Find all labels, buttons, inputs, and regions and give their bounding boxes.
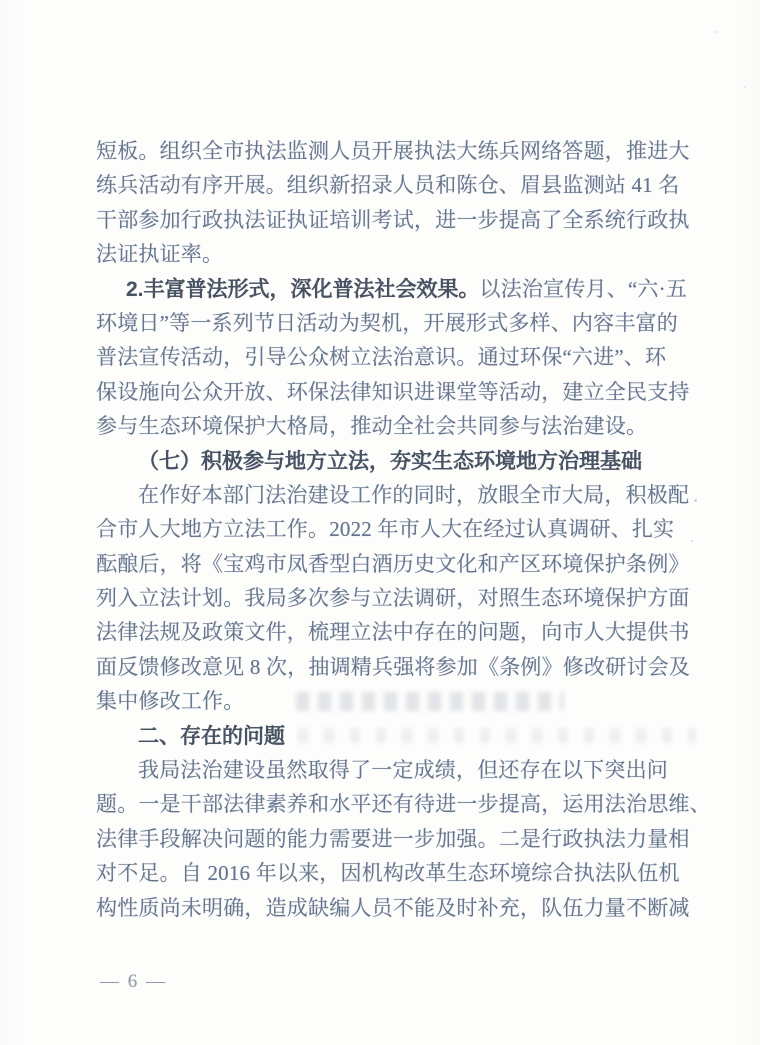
- body-run: 环境日”等一系列节日活动为契机，开展形式多样、内容丰富的: [96, 311, 678, 335]
- text-line: 参与生态环境保护大格局，推动全社会共同参与法治建设。: [96, 409, 684, 443]
- text-line: 保设施向公众开放、环保法律知识进课堂等活动，建立全民支持: [96, 375, 684, 409]
- body-run: 我局法治建设虽然取得了一定成绩，但还存在以下突出问: [138, 758, 668, 782]
- text-line: 短板。组织全市执法监测人员开展执法大练兵网络答题，推进大: [96, 134, 684, 168]
- paragraph-lead-line: 2.丰富普法形式，深化普法社会效果。以法治宣传月、“六·五: [96, 272, 684, 306]
- text-line: 对不足。自 2016 年以来，因机构改革生态环境综合执法队伍机: [96, 856, 684, 890]
- body-run: 以法治宣传月、“六·五: [480, 277, 688, 301]
- body-run: 合市人大地方立法工作。2022 年市人大在经过认真调研、扎实: [96, 517, 674, 541]
- text-line: 法证执证率。: [96, 237, 684, 271]
- page-number: — 6 —: [100, 968, 167, 996]
- text-line: 法律法规及政策文件，梳理立法中存在的问题，向市人大提供书: [96, 615, 684, 649]
- paragraph-lead-line: 在作好本部门法治建设工作的同时，放眼全市大局，积极配: [96, 478, 684, 512]
- text-line: 面反馈修改意见 8 次，抽调精兵强将参加《条例》修改研讨会及: [96, 650, 684, 684]
- text-line: 环境日”等一系列节日活动为契机，开展形式多样、内容丰富的: [96, 306, 684, 340]
- body-run: 构性质尚未明确，造成缺编人员不能及时补充，队伍力量不断减: [96, 896, 690, 920]
- body-run: 题。一是干部法律素养和水平还有待进一步提高，运用法治思维、: [96, 792, 711, 816]
- document-body: 短板。组织全市执法监测人员开展执法大练兵网络答题，推进大 练兵活动有序开展。组织…: [96, 134, 684, 925]
- text-line: 酝酿后，将《宝鸡市凤香型白酒历史文化和产区环境保护条例》: [96, 547, 684, 581]
- text-line: 构性质尚未明确，造成缺编人员不能及时补充，队伍力量不断减: [96, 891, 684, 925]
- scan-speck: [716, 31, 718, 33]
- text-line: 集中修改工作。: [96, 684, 684, 718]
- text-line: 普法宣传活动，引导公众树立法治意识。通过环保“六进”、环: [96, 340, 684, 374]
- body-run: 在作好本部门法治建设工作的同时，放眼全市大局，积极配: [138, 483, 689, 507]
- scan-speck: [691, 540, 693, 542]
- body-run: 集中修改工作。: [96, 689, 244, 713]
- text-line: 法律手段解决问题的能力需要进一步加强。二是行政执法力量相: [96, 822, 684, 856]
- body-run: 列入立法计划。我局多次参与立法调研，对照生态环境保护方面: [96, 586, 690, 610]
- body-run: 参与生态环境保护大格局，推动全社会共同参与法治建设。: [96, 414, 647, 438]
- scanned-document-page: 短板。组织全市执法监测人员开展执法大练兵网络答题，推进大 练兵活动有序开展。组织…: [0, 0, 760, 1045]
- section-heading-line: （七）积极参与地方立法，夯实生态环境地方治理基础: [96, 444, 684, 478]
- scan-speck: [744, 86, 746, 88]
- body-run: 酝酿后，将《宝鸡市凤香型白酒历史文化和产区环境保护条例》: [96, 552, 690, 576]
- text-line: 题。一是干部法律素养和水平还有待进一步提高，运用法治思维、: [96, 787, 684, 821]
- text-line: 列入立法计划。我局多次参与立法调研，对照生态环境保护方面: [96, 581, 684, 615]
- paragraph-lead-line: 我局法治建设虽然取得了一定成绩，但还存在以下突出问: [96, 753, 684, 787]
- body-run: 短板。组织全市执法监测人员开展执法大练兵网络答题，推进大: [96, 139, 690, 163]
- body-run: 干部参加行政执法证执证培训考试，进一步提高了全系统行政执: [96, 208, 690, 232]
- body-run: 面反馈修改意见 8 次，抽调精兵强将参加《条例》修改研讨会及: [96, 655, 690, 679]
- body-run: 法律手段解决问题的能力需要进一步加强。二是行政执法力量相: [96, 827, 690, 851]
- body-run: 法证执证率。: [96, 242, 223, 266]
- bold-run: 二、存在的问题: [138, 725, 285, 748]
- body-run: 练兵活动有序开展。组织新招录人员和陈仓、眉县监测站 41 名: [96, 173, 680, 197]
- text-line: 练兵活动有序开展。组织新招录人员和陈仓、眉县监测站 41 名: [96, 168, 684, 202]
- body-run: 保设施向公众开放、环保法律知识进课堂等活动，建立全民支持: [96, 380, 690, 404]
- body-run: 普法宣传活动，引导公众树立法治意识。通过环保“六进”、环: [96, 345, 666, 369]
- scan-speck: [694, 499, 697, 502]
- bold-run: 2.丰富普法形式，深化普法社会效果。: [126, 278, 480, 301]
- body-run: 法律法规及政策文件，梳理立法中存在的问题，向市人大提供书: [96, 620, 690, 644]
- bold-run: （七）积极参与地方立法，夯实生态环境地方治理基础: [138, 450, 642, 473]
- body-run: 对不足。自 2016 年以来，因机构改革生态环境综合执法队伍机: [96, 861, 680, 885]
- text-line: 干部参加行政执法证执证培训考试，进一步提高了全系统行政执: [96, 203, 684, 237]
- text-line: 合市人大地方立法工作。2022 年市人大在经过认真调研、扎实: [96, 512, 684, 546]
- section-heading-line: 二、存在的问题: [96, 719, 684, 753]
